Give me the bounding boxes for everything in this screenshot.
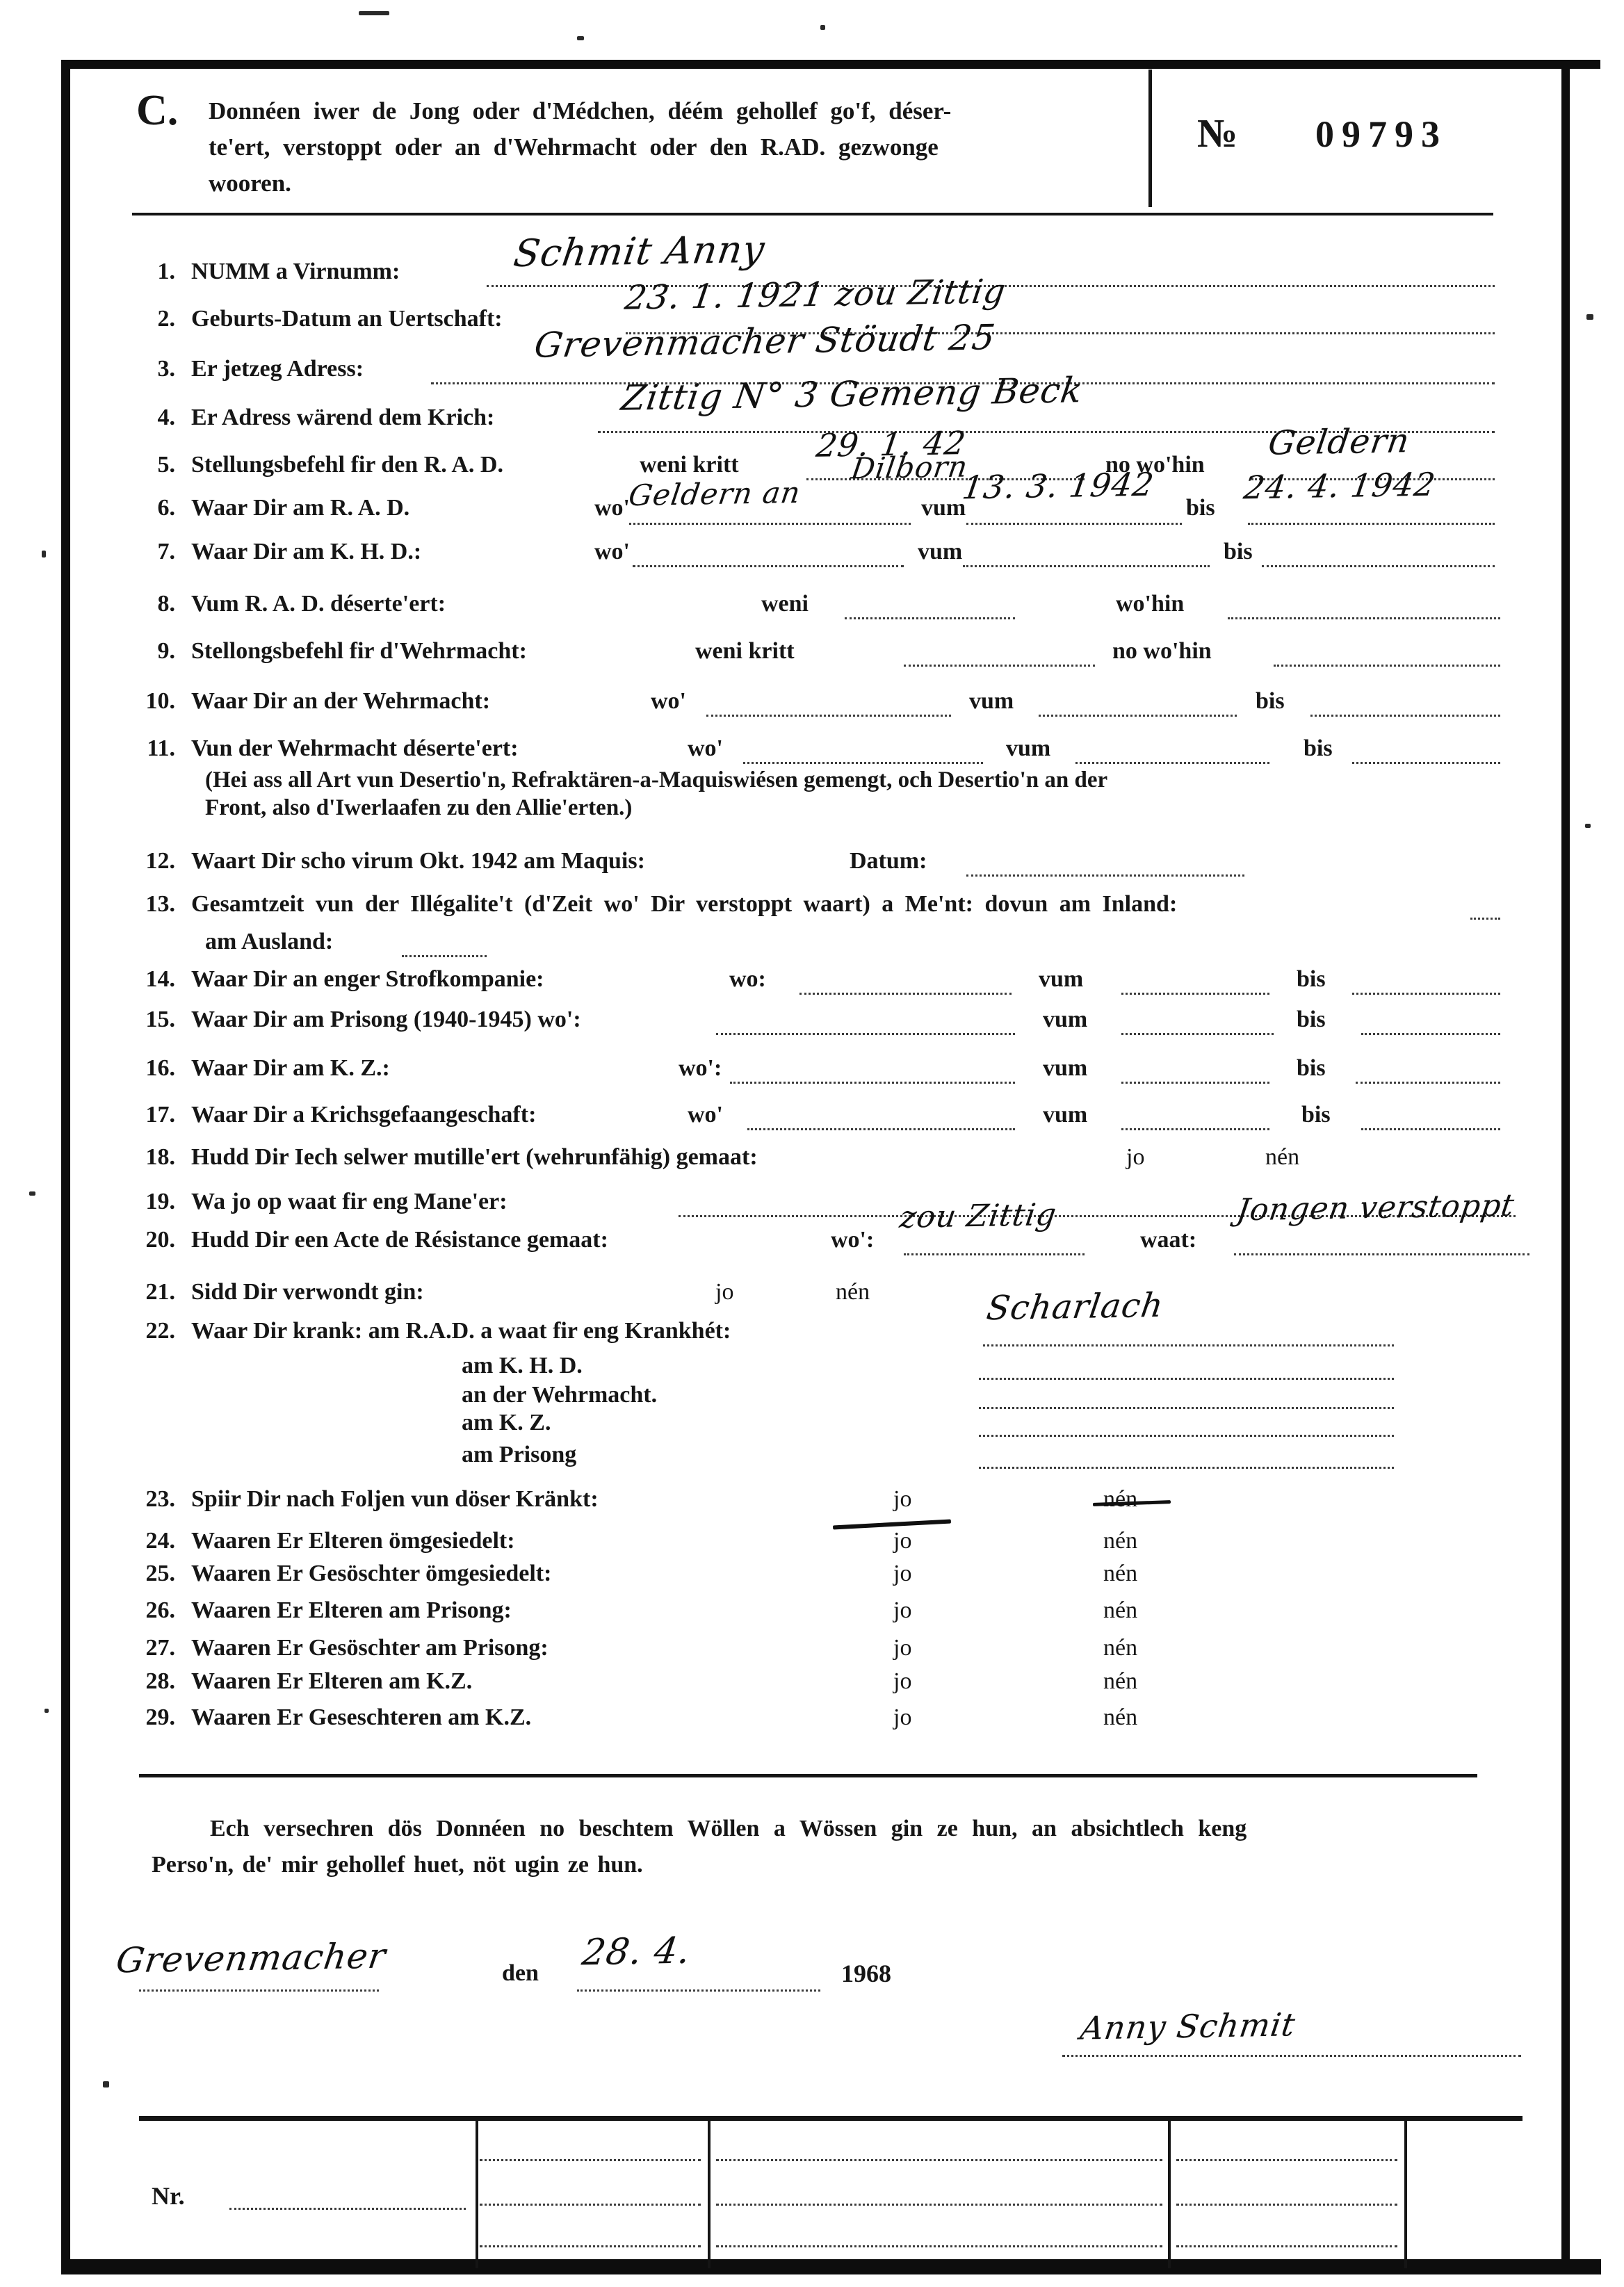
- row-label: Waar Dir am K. H. D.:: [191, 539, 421, 565]
- handwritten-place-raised: Dilborn: [849, 450, 970, 486]
- row-label: Waar Dir an der Wehrmacht:: [191, 688, 490, 715]
- row-number: 23.: [131, 1486, 175, 1513]
- dotted-line: [633, 565, 904, 567]
- row-number: 6.: [131, 495, 175, 521]
- row-number: 15.: [131, 1007, 175, 1033]
- field-word: bis: [1224, 539, 1253, 565]
- option-jo: jo: [893, 1528, 911, 1554]
- row-label: Spiir Dir nach Foljen vun döser Kränkt:: [191, 1486, 599, 1513]
- handwritten-sign-date: 28. 4.: [580, 1930, 694, 1974]
- dotted-line: [139, 1989, 379, 1992]
- scan-speck: [29, 1191, 35, 1196]
- row-label: Waar Dir am R. A. D.: [191, 495, 409, 521]
- field-word: wo'hin: [1116, 591, 1184, 617]
- handwritten-illness: Scharlach: [984, 1286, 1167, 1328]
- option-nen: nén: [1103, 1635, 1137, 1661]
- handwritten-birthdate: 23. 1. 1921 zou Zittig: [622, 272, 1008, 318]
- row-number: 28.: [131, 1668, 175, 1695]
- row-note-line-1: (Hei ass all Art vun Desertio'n, Refrakt…: [205, 767, 1107, 793]
- row-number: 4.: [131, 405, 175, 431]
- option-nen: nén: [1103, 1486, 1137, 1513]
- row-label: Geburts-Datum an Uertschaft:: [191, 306, 503, 332]
- row-label: Waar Dir am Prisong (1940-1945) wo':: [191, 1007, 581, 1033]
- page-border-left: [61, 60, 70, 2274]
- dotted-line: [1356, 1082, 1500, 1084]
- row-label-continued: am Ausland:: [205, 929, 333, 955]
- row-label: NUMM a Virnumm:: [191, 259, 400, 285]
- section-letter: C.: [136, 86, 178, 136]
- dotted-line: [904, 665, 1095, 667]
- dotted-line: [1121, 1082, 1269, 1084]
- dotted-line: [1176, 2159, 1397, 2161]
- year-label: 1968: [841, 1959, 891, 1988]
- row-label: Waaren Er Gesöschter ömgesiedelt:: [191, 1561, 551, 1587]
- field-word: bis: [1297, 1007, 1326, 1033]
- dotted-line: [743, 762, 983, 764]
- handwritten-deed: Jongen verstoppt: [1235, 1188, 1517, 1228]
- row-number: 19.: [131, 1189, 175, 1215]
- row-number: 7.: [131, 539, 175, 565]
- row-label: Waaren Er Elteren am Prisong:: [191, 1597, 512, 1624]
- dotted-line: [1039, 715, 1237, 717]
- row-number: 18.: [131, 1144, 175, 1171]
- dotted-line: [966, 523, 1182, 525]
- scan-speck: [1585, 824, 1591, 828]
- dotted-line: [979, 1407, 1394, 1409]
- dotted-line: [716, 1033, 1015, 1035]
- dotted-line: [1234, 1253, 1529, 1255]
- page-border-right: [1561, 66, 1570, 2274]
- handwritten-underline-jo: [833, 1520, 951, 1530]
- numero-symbol: №: [1197, 110, 1237, 156]
- dotted-line: [1176, 2204, 1397, 2206]
- scanned-form-page: C. Donnéen iwer de Jong oder d'Médchen, …: [0, 0, 1624, 2287]
- row-number: 9.: [131, 638, 175, 665]
- handwritten-place: Geldern an: [626, 475, 803, 512]
- handwritten-date-from: 13. 3. 1942: [960, 466, 1157, 507]
- field-word: vum: [969, 688, 1014, 715]
- row-number: 1.: [131, 259, 175, 285]
- den-label: den: [502, 1960, 539, 1987]
- dotted-line: [1248, 523, 1495, 525]
- handwritten-name: Schmit Anny: [511, 227, 768, 275]
- scan-speck: [1586, 314, 1593, 320]
- row-number: 24.: [131, 1528, 175, 1554]
- dotted-line: [1361, 1128, 1500, 1130]
- row-label: Waar Dir krank: am R.A.D. a waat fir eng…: [191, 1318, 731, 1344]
- dotted-line: [1121, 1033, 1274, 1035]
- dotted-line: [963, 565, 1210, 567]
- field-word: vum: [921, 495, 966, 521]
- row-number: 29.: [131, 1704, 175, 1731]
- field-word: vum: [1039, 966, 1083, 993]
- row-number: 8.: [131, 591, 175, 617]
- dotted-line: [1274, 665, 1500, 667]
- dotted-line: [1176, 2245, 1397, 2247]
- scan-speck: [577, 36, 584, 40]
- bottom-table-top-border: [139, 2116, 1522, 2121]
- field-word: Datum:: [850, 848, 927, 874]
- row-label: Hudd Dir een Acte de Résistance gemaat:: [191, 1227, 608, 1253]
- row-number: 26.: [131, 1597, 175, 1624]
- dotted-line: [716, 2159, 1162, 2161]
- dotted-line: [229, 2208, 466, 2210]
- row-label: Waar Dir a Krichsgefaangeschaft:: [191, 1102, 536, 1128]
- header-line-2: te'ert, verstoppt oder an d'Wehrmacht od…: [209, 133, 939, 161]
- dotted-line: [1121, 993, 1269, 995]
- row-label: Waaren Er Elteren ömgesiedelt:: [191, 1528, 515, 1554]
- row-label: Waaren Er Elteren am K.Z.: [191, 1668, 472, 1695]
- row-label: Waaren Er Gesöschter am Prisong:: [191, 1635, 549, 1661]
- header-rule: [132, 213, 1493, 215]
- field-word: bis: [1297, 1055, 1326, 1082]
- footer-rule: [139, 1774, 1477, 1777]
- option-jo: jo: [893, 1486, 911, 1513]
- field-word: bis: [1256, 688, 1285, 715]
- declaration-line-1: Ech versechren dös Donnéen no beschtem W…: [210, 1816, 1247, 1842]
- declaration-line-2: Perso'n, de' mir gehollef huet, nöt ugin…: [152, 1852, 643, 1878]
- dotted-line: [1121, 1128, 1269, 1130]
- field-word: bis: [1186, 495, 1215, 521]
- page-border-bottom: [66, 2259, 1601, 2274]
- row-label: Wa jo op waat fir eng Mane'er:: [191, 1189, 507, 1215]
- dotted-line: [402, 955, 487, 957]
- row-label: Vum R. A. D. déserte'ert:: [191, 591, 446, 617]
- sub-label: am K. Z.: [462, 1410, 551, 1436]
- dotted-line: [1352, 993, 1500, 995]
- handwritten-place-signed: Grevenmacher: [113, 1936, 389, 1981]
- sub-label: an der Wehrmacht.: [462, 1382, 657, 1408]
- bottom-table-column-divider: [1168, 2121, 1171, 2268]
- row-label: Waar Dir am K. Z.:: [191, 1055, 390, 1082]
- header-line-1: Donnéen iwer de Jong oder d'Médchen, déé…: [209, 97, 951, 125]
- option-nen: nén: [1103, 1597, 1137, 1624]
- option-nen: nén: [1265, 1144, 1299, 1171]
- row-number: 11.: [131, 735, 175, 762]
- header-line-3: wooren.: [209, 170, 291, 197]
- handwritten-date-to: 24. 4. 1942: [1242, 466, 1438, 507]
- signature: Anny Schmit: [1078, 2005, 1298, 2046]
- option-jo: jo: [893, 1704, 911, 1731]
- field-word: wo': [688, 1102, 723, 1128]
- field-word: vum: [1043, 1102, 1087, 1128]
- row-number: 10.: [131, 688, 175, 715]
- field-word: wo:: [729, 966, 766, 993]
- option-jo: jo: [893, 1561, 911, 1587]
- field-word: vum: [1043, 1055, 1087, 1082]
- row-number: 2.: [131, 306, 175, 332]
- dotted-line: [1228, 617, 1500, 619]
- dotted-line: [1361, 1033, 1500, 1035]
- dotted-line: [480, 2245, 701, 2247]
- dotted-line: [979, 1378, 1394, 1380]
- option-jo: jo: [893, 1635, 911, 1661]
- row-number: 13.: [131, 891, 175, 918]
- field-word: waat:: [1140, 1227, 1196, 1253]
- handwritten-address: Grevenmacher Stöudt 25: [532, 317, 998, 366]
- header-divider: [1148, 70, 1152, 207]
- dotted-line: [629, 523, 911, 525]
- option-nen: nén: [1103, 1528, 1137, 1554]
- row-label: Er jetzeg Adress:: [191, 356, 364, 382]
- option-jo: jo: [715, 1279, 733, 1305]
- option-nen: nén: [1103, 1668, 1137, 1695]
- bottom-table-column-divider: [1404, 2117, 1407, 2268]
- row-number: 22.: [131, 1318, 175, 1344]
- field-word: wo':: [679, 1055, 722, 1082]
- row-label: Er Adress wärend dem Krich:: [191, 405, 494, 431]
- sub-label: am K. H. D.: [462, 1353, 583, 1379]
- dotted-line: [706, 715, 951, 717]
- handwritten-war-address: Zittig N° 3 Gemeng Beck: [619, 370, 1085, 418]
- dotted-line: [1062, 2055, 1521, 2057]
- dotted-line: [845, 617, 1015, 619]
- option-jo: jo: [1126, 1144, 1144, 1171]
- scan-speck: [820, 25, 825, 30]
- row-label: Gesamtzeit vun der Illégalite't (d'Zeit …: [191, 891, 1177, 918]
- dotted-line: [730, 1082, 1015, 1084]
- dotted-line: [1262, 565, 1495, 567]
- sub-label: am Prisong: [462, 1442, 576, 1468]
- field-word: wo': [651, 688, 686, 715]
- row-number: 16.: [131, 1055, 175, 1082]
- scan-speck: [42, 551, 46, 557]
- dotted-line: [747, 1128, 1015, 1130]
- row-number: 12.: [131, 848, 175, 874]
- row-note-line-2: Front, also d'Iwerlaafen zu den Allie'er…: [205, 795, 632, 821]
- field-word: vum: [918, 539, 962, 565]
- option-jo: jo: [893, 1597, 911, 1624]
- row-label: Stellongsbefehl fir d'Wehrmacht:: [191, 638, 527, 665]
- dotted-line: [983, 1344, 1394, 1346]
- field-word: bis: [1304, 735, 1333, 762]
- field-word: wo': [594, 495, 630, 521]
- field-word: vum: [1006, 735, 1050, 762]
- option-nen: nén: [1103, 1561, 1137, 1587]
- row-number: 27.: [131, 1635, 175, 1661]
- bottom-table-column-divider: [708, 2121, 710, 2268]
- dotted-line: [1352, 762, 1500, 764]
- row-number: 5.: [131, 452, 175, 478]
- row-number: 3.: [131, 356, 175, 382]
- dotted-line: [1075, 762, 1269, 764]
- dotted-line: [480, 2204, 701, 2206]
- dotted-line: [979, 1467, 1394, 1469]
- dotted-line: [480, 2159, 701, 2161]
- row-number: 17.: [131, 1102, 175, 1128]
- dotted-line: [716, 2245, 1162, 2247]
- field-word: bis: [1297, 966, 1326, 993]
- row-label: Waaren Er Geseschteren am K.Z.: [191, 1704, 531, 1731]
- dotted-line: [799, 993, 1012, 995]
- field-word: wo': [688, 735, 723, 762]
- row-number: 14.: [131, 966, 175, 993]
- dotted-line: [1470, 918, 1500, 920]
- scan-speck: [103, 2081, 109, 2087]
- dotted-line: [716, 2204, 1162, 2206]
- field-word: weni kritt: [640, 452, 739, 478]
- row-label: Vun der Wehrmacht déserte'ert:: [191, 735, 519, 762]
- option-nen: nén: [1103, 1704, 1137, 1731]
- row-number: 20.: [131, 1227, 175, 1253]
- handwritten-place: Geldern: [1266, 421, 1413, 463]
- dotted-line: [904, 1253, 1085, 1255]
- scan-speck: [44, 1709, 49, 1713]
- handwritten-place: zou Zittig: [898, 1197, 1059, 1235]
- row-label: Stellungsbefehl fir den R. A. D.: [191, 452, 503, 478]
- scan-speck: [359, 11, 389, 15]
- bottom-table-column-divider: [476, 2121, 478, 2268]
- row-label: Hudd Dir Iech selwer mutille'ert (wehrun…: [191, 1144, 758, 1171]
- field-word: weni kritt: [695, 638, 795, 665]
- form-serial-number: 09793: [1315, 113, 1447, 156]
- field-word: wo': [594, 539, 630, 565]
- option-nen: nén: [836, 1279, 870, 1305]
- row-label: Sidd Dir verwondt gin:: [191, 1279, 424, 1305]
- nr-label: Nr.: [152, 2181, 185, 2211]
- field-word: no wo'hin: [1112, 638, 1212, 665]
- dotted-line: [979, 1435, 1394, 1437]
- field-word: bis: [1301, 1102, 1331, 1128]
- dotted-line: [1310, 715, 1500, 717]
- option-jo: jo: [893, 1668, 911, 1695]
- dotted-line: [577, 1989, 820, 1992]
- row-number: 25.: [131, 1561, 175, 1587]
- page-border-top: [61, 60, 1600, 69]
- row-label: Waar Dir an enger Strofkompanie:: [191, 966, 544, 993]
- field-word: vum: [1043, 1007, 1087, 1033]
- row-label: Waart Dir scho virum Okt. 1942 am Maquis…: [191, 848, 645, 874]
- row-number: 21.: [131, 1279, 175, 1305]
- field-word: weni: [761, 591, 809, 617]
- dotted-line: [966, 874, 1244, 877]
- field-word: wo':: [831, 1227, 874, 1253]
